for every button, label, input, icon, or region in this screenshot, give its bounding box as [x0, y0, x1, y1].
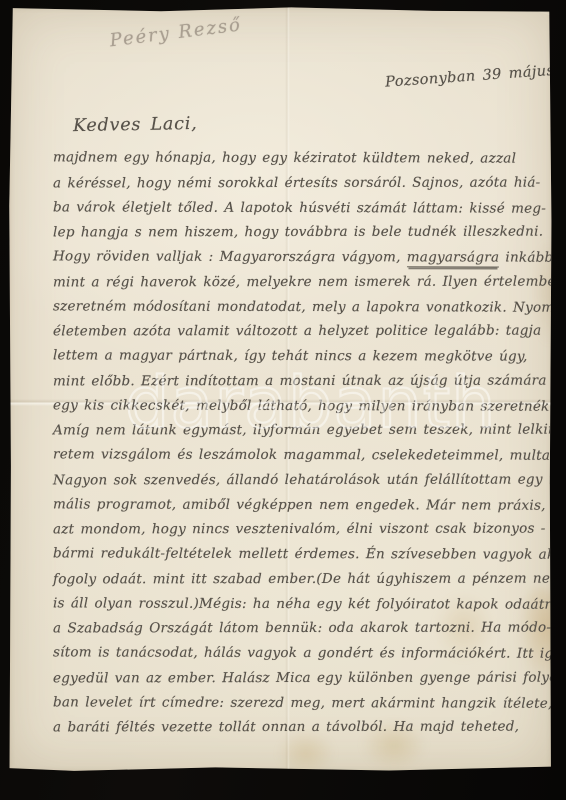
letter-line: Amíg nem látunk egymást, ilyformán egyeb…	[53, 418, 539, 444]
letter-line: lettem a magyar pártnak, így tehát nincs…	[53, 343, 539, 369]
letter-line-emphasis: Hogy röviden valljak : Magyarországra vá…	[53, 244, 539, 270]
underlined-word: magyarságra	[407, 249, 500, 267]
letter-line: ba várok életjelt tőled. A lapotok húsvé…	[53, 195, 539, 221]
letter-dateline: Pozsonyban 39 május 10-én	[385, 59, 566, 90]
letter-salutation: Kedves Laci,	[73, 114, 198, 136]
letter-line: a baráti féltés vezette tollát onnan a t…	[53, 715, 539, 741]
pencil-inscription: Peéry Rezső	[109, 4, 330, 52]
letter-line: a kéréssel, hogy némi sorokkal értesíts …	[53, 170, 539, 196]
letter-line: Nagyon sok szenvedés, állandó lehatárolá…	[53, 467, 539, 493]
letter-line: egy kis cikkecskét, melyből látható, hog…	[53, 393, 539, 419]
line-pre-text: Hogy röviden valljak : Magyarországra vá…	[53, 248, 407, 265]
letter-body: majdnem egy hónapja, hogy egy kéziratot …	[53, 146, 539, 740]
letter-line: szeretném módosítani mondatodat, mely a …	[53, 294, 539, 320]
letter-line: lep hangja s nem hiszem, hogy továbbra i…	[53, 220, 539, 246]
letter-line: retem vizsgálom és leszámolok magammal, …	[53, 442, 539, 468]
letter-line: egyedül van az ember. Halász Mica egy kü…	[53, 665, 539, 691]
letter-line: mint előbb. Ezért indítottam a mostani ú…	[53, 368, 539, 394]
letter-line: ban levelet írt címedre: szerezd meg, me…	[53, 690, 539, 716]
line-post-text: inkább,	[499, 250, 558, 266]
letter-line: sítom is tanácsodat, hálás vagyok a gond…	[53, 640, 539, 666]
letter-line: a Szabadság Országát látom bennük: oda a…	[53, 616, 539, 642]
letter-line: fogoly odaát. mint itt szabad ember.(De …	[53, 566, 539, 592]
letter-line: életemben azóta valamit változott a hely…	[53, 319, 539, 345]
letter-line: bármi redukált-feltételek mellett érdeme…	[53, 541, 539, 567]
letter-line: mint a régi haverok közé, melyekre nem i…	[53, 269, 539, 295]
letter-line: majdnem egy hónapja, hogy egy kéziratot …	[53, 145, 539, 171]
letter-line: is áll olyan rosszul.)Mégis: ha néha egy…	[53, 591, 539, 617]
letter-line: azt mondom, hogy nincs vesztenivalóm, él…	[53, 517, 539, 543]
letter-paper: Peéry Rezső Pozsonyban 39 május 10-én Ke…	[9, 7, 552, 772]
letter-line: mális programot, amiből végképpen nem en…	[53, 492, 539, 518]
